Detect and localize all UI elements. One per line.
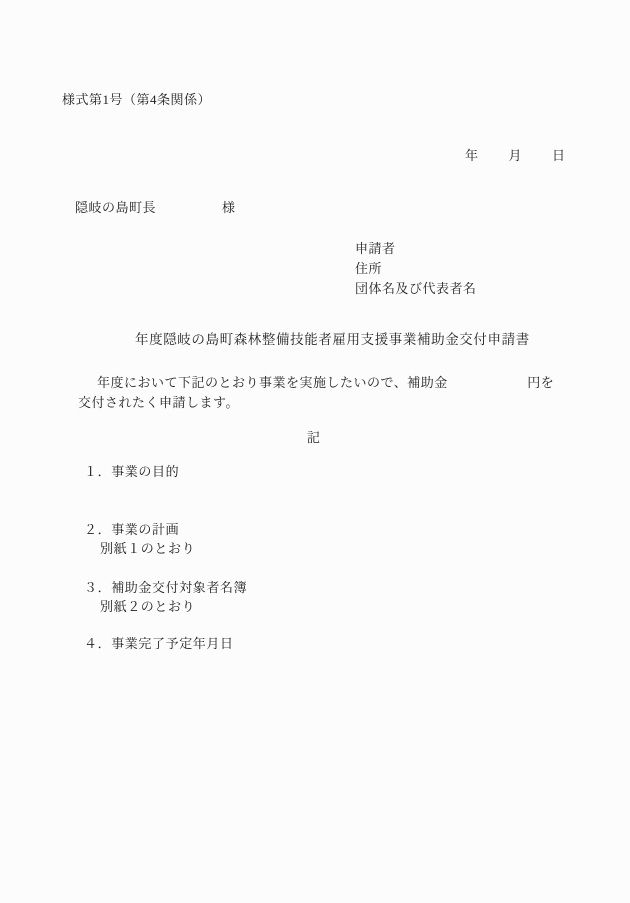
- body-paragraph-line1: 年度において下記のとおり事業を実施したいので、補助金 円を: [97, 373, 554, 393]
- application-form-page: 様式第1号（第4条関係） 年 月 日 隠岐の島町長 様 申請者 住所 団体名及び…: [0, 0, 630, 903]
- document-title: 年度隠岐の島町森林整備技能者雇用支援事業補助金交付申請書: [135, 332, 530, 348]
- date-day-label: 日: [552, 148, 566, 164]
- item-1-number: １．: [84, 464, 111, 479]
- date-month-label: 月: [509, 148, 523, 164]
- record-marker: 記: [307, 430, 321, 446]
- form-number: 様式第1号（第4条関係）: [62, 92, 211, 108]
- applicant-block: 申請者 住所 団体名及び代表者名: [355, 239, 477, 299]
- body-paragraph-line2: 交付されたく申請します。: [78, 393, 239, 413]
- date-line: 年 月 日: [465, 148, 566, 164]
- item-3-note: 別紙２のとおり: [100, 599, 195, 615]
- body-line1-text: 年度において下記のとおり事業を実施したいので、補助金: [97, 375, 448, 390]
- addressee-line: 隠岐の島町長 様: [75, 200, 236, 216]
- item-2-label: 事業の計画: [111, 522, 179, 537]
- body-line1-suffix: 円を: [527, 375, 554, 390]
- addressee-honorific: 様: [222, 200, 236, 216]
- item-2: ２．事業の計画: [84, 522, 179, 538]
- item-3-number: ３．: [84, 580, 111, 595]
- item-1-label: 事業の目的: [111, 464, 179, 479]
- item-3: ３．補助金交付対象者名簿: [84, 580, 247, 596]
- applicant-address-label: 住所: [355, 259, 477, 279]
- item-4-number: ４．: [84, 636, 111, 651]
- item-1: １．事業の目的: [84, 464, 179, 480]
- addressee-name-blank: [156, 211, 222, 212]
- item-2-note: 別紙１のとおり: [100, 541, 195, 557]
- item-2-number: ２．: [84, 522, 111, 537]
- applicant-org-label: 団体名及び代表者名: [355, 279, 477, 299]
- item-3-label: 補助金交付対象者名簿: [111, 580, 247, 595]
- item-4: ４．事業完了予定年月日: [84, 636, 234, 652]
- addressee-title: 隠岐の島町長: [75, 200, 156, 216]
- subsidy-amount-blank: [452, 386, 524, 387]
- item-4-label: 事業完了予定年月日: [111, 636, 233, 651]
- date-year-label: 年: [465, 148, 479, 164]
- applicant-heading: 申請者: [355, 239, 477, 259]
